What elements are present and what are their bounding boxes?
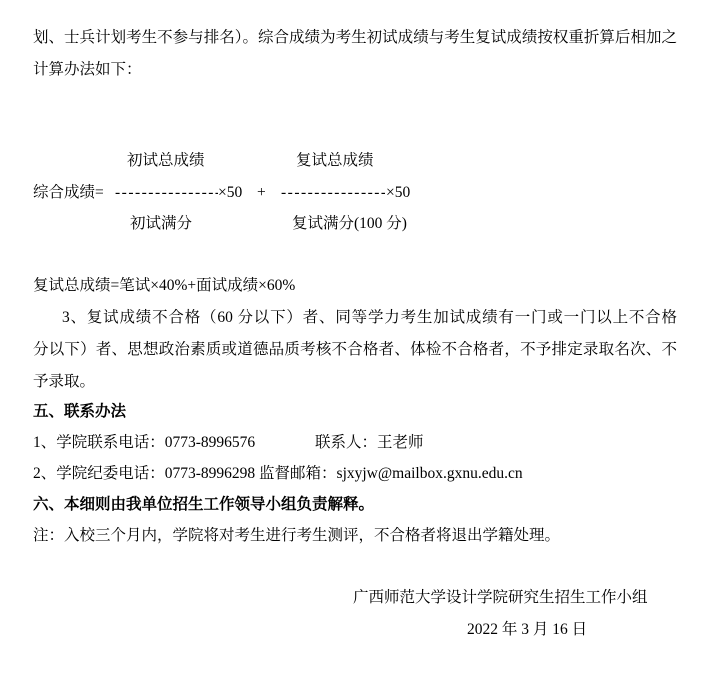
formula-denominator-right: 复试满分(100 分) <box>292 214 407 234</box>
section5-heading: 五、联系办法 <box>33 402 126 422</box>
section5-item1-phone: 1、学院联系电话：0773-8996576 <box>33 434 255 451</box>
formula-fraction-bar-left: ----------------------- <box>115 183 218 203</box>
section6-heading: 六、本细则由我单位招生工作领导小组负责解释。 <box>33 495 374 515</box>
formula-fraction-bar-right: ----------------------- <box>281 183 385 203</box>
formula-numerator-right: 复试总成绩 <box>296 151 374 171</box>
document-page: 划、士兵计划考生不参与排名）。综合成绩为考生初试成绩与考生复试成绩按权重折算后相… <box>0 0 706 686</box>
section5-item1: 1、学院联系电话：0773-8996576 联系人：王老师 <box>33 433 677 453</box>
formula-plus-sign: + <box>257 183 266 203</box>
note-line: 注：入校三个月内，学院将对考生进行考生测评，不合格者将退出学籍处理。 <box>33 526 560 546</box>
formula-numerator-row: 初试总成绩 复试总成绩 <box>0 151 706 171</box>
section5-item1-contact: 联系人：王老师 <box>315 433 424 453</box>
formula-times-right: ×50 <box>386 183 410 203</box>
signature-organization: 广西师范大学设计学院研究生招生工作小组 <box>353 588 648 608</box>
formula-numerator-left: 初试总成绩 <box>127 151 205 171</box>
formula-times-left: ×50 <box>218 183 242 203</box>
formula-main-row: 综合成绩= ----------------------- ×50 + ----… <box>0 183 706 203</box>
item3-line-2: 分以下）者、思想政治素质或道德品质考核不合格者、体检不合格者，不予排定录取名次、… <box>33 340 677 360</box>
section5-item2: 2、学院纪委电话：0773-8996298 监督邮箱：sjxyjw@mailbo… <box>33 464 523 484</box>
formula-denominator-row: 初试满分 复试满分(100 分) <box>0 214 706 234</box>
formula-denominator-left: 初试满分 <box>130 214 192 234</box>
intro-line-2: 计算办法如下： <box>33 60 142 80</box>
intro-line-1: 划、士兵计划考生不参与排名）。综合成绩为考生初试成绩与考生复试成绩按权重折算后相… <box>33 28 677 48</box>
formula-lhs: 综合成绩= <box>33 183 104 203</box>
item3-line-3: 予录取。 <box>33 372 95 392</box>
retest-formula: 复试总成绩=笔试×40%+面试成绩×60% <box>33 276 295 296</box>
signature-date: 2022 年 3 月 16 日 <box>467 620 587 640</box>
item3-line-1: 3、复试成绩不合格（60 分以下）者、同等学力考生加试成绩有一门或一门以上不合格… <box>62 308 677 328</box>
